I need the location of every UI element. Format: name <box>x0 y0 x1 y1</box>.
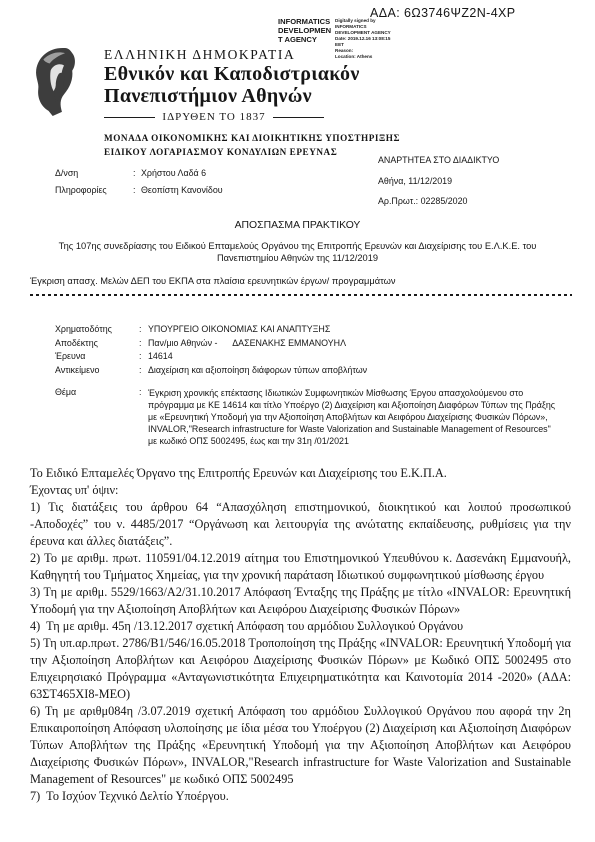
founded-dash-left <box>104 117 155 118</box>
detail-row-recipient: Αποδέκτης : Παν/μιο Αθηνών - ΔΑΣΕΝΑΚΗΣ Ε… <box>55 338 561 349</box>
excerpt-title: ΑΠΟΣΠΑΣΜΑ ΠΡΑΚΤΙΚΟΥ <box>0 220 595 231</box>
body-item: 3) Τη με αριθμ. 5529/1663/Α2/31.10.2017 … <box>30 584 571 618</box>
city-date: Αθήνα, 11/12/2019 <box>378 176 499 187</box>
address-value: Χρήστου Λαδά 6 <box>141 167 223 179</box>
info-separator: : <box>133 184 141 196</box>
university-name-line1: Εθνικόν και Καποδιστριακόν <box>104 63 400 85</box>
body-item: 2) Το με αριθμ. πρωτ. 110591/04.12.2019 … <box>30 550 571 584</box>
detail-row-project: Έρευνα : 14614 <box>55 351 561 362</box>
address-separator: : <box>133 167 141 179</box>
detail-label: Έρευνα <box>55 351 139 362</box>
address-label: Δ/νση <box>55 167 133 179</box>
founded-text: ΙΔΡΥΘΕΝ ΤΟ 1837 <box>162 111 265 123</box>
document-page: ΑΔΑ: 6Ω3746ΨΖ2Ν-4ΧΡ INFORMATICS DEVELOPM… <box>0 0 595 842</box>
info-value: Θεοπίστη Κανονίδου <box>141 184 223 196</box>
body-intro-considering: Έχοντας υπ' όψιν: <box>30 482 571 499</box>
founded-dash-right <box>273 117 324 118</box>
address-row: Δ/νση : Χρήστου Λαδά 6 <box>55 167 223 179</box>
session-description: Της 107ης συνεδρίασης του Ειδικού Επταμε… <box>40 241 555 265</box>
hellenic-republic-title: ΕΛΛΗΝΙΚΗ ΔΗΜΟΚΡΑΤΙΑ <box>104 47 400 63</box>
body-item: 5) Τη υπ.αρ.πρωτ. 2786/Β1/546/16.05.2018… <box>30 635 571 703</box>
body-item: 4) Τη με αριθμ. 45η /13.12.2017 σχετική … <box>30 618 571 635</box>
signature-agency-line: T AGENCY <box>278 36 330 45</box>
detail-label: Αποδέκτης <box>55 338 139 349</box>
detail-separator: : <box>139 387 148 447</box>
detail-label: Αντικείμενο <box>55 365 139 376</box>
detail-row-funder: Χρηματοδότης : ΥΠΟΥΡΓΕΙΟ ΟΙΚΟΝΟΜΙΑΣ ΚΑΙ … <box>55 324 561 335</box>
detail-separator: : <box>139 338 148 349</box>
info-row: Πληροφορίες : Θεοπίστη Κανονίδου <box>55 184 223 196</box>
university-name-line2: Πανεπιστήμιον Αθηνών <box>104 85 400 107</box>
contact-block: Δ/νση : Χρήστου Λαδά 6 Πληροφορίες : Θεο… <box>55 167 223 201</box>
detail-separator: : <box>139 365 148 376</box>
body-text: Το Ειδικό Επταμελές Όργανο της Επιτροπής… <box>30 465 571 805</box>
detail-separator: : <box>139 324 148 335</box>
meta-block: ΑΝΑΡΤΗΤΕΑ ΣΤΟ ΔΙΑΔΙΚΤΥΟ Αθήνα, 11/12/201… <box>378 155 499 207</box>
detail-label: Θέμα <box>55 387 139 447</box>
letterhead: ΕΛΛΗΝΙΚΗ ΔΗΜΟΚΡΑΤΙΑ Εθνικόν και Καποδιστ… <box>104 47 400 159</box>
body-item: 1) Τις διατάξεις του άρθρου 64 “Απασχόλη… <box>30 499 571 550</box>
protocol-number: Αρ.Πρωτ.: 02285/2020 <box>378 196 499 207</box>
founded-line: ΙΔΡΥΘΕΝ ΤΟ 1837 <box>104 111 324 123</box>
detail-value: 14614 <box>148 351 561 362</box>
body-item: 7) Το Ισχύον Τεχνικό Δελτίο Υποέργου. <box>30 788 571 805</box>
thema-value: Έγκριση χρονικής επέκτασης Ιδιωτικών Συμ… <box>148 387 561 447</box>
info-label: Πληροφορίες <box>55 184 133 196</box>
unit-name-line2: ΕΙΔΙΚΟΥ ΛΟΓΑΡΙΑΣΜΟΥ ΚΟΝΔΥΛΙΩΝ ΕΡΕΥΝΑΣ <box>104 146 400 160</box>
detail-value: Παν/μιο Αθηνών - ΔΑΣΕΝΑΚΗΣ ΕΜΜΑΝΟΥΗΛ <box>148 338 561 349</box>
subject-summary: Έγκριση απασχ. Μελών ΔΕΠ του ΕΚΠΑ στα πλ… <box>30 276 570 286</box>
web-posting-note: ΑΝΑΡΤΗΤΕΑ ΣΤΟ ΔΙΑΔΙΚΤΥΟ <box>378 155 499 166</box>
body-intro-organ: Το Ειδικό Επταμελές Όργανο της Επιτροπής… <box>30 465 571 482</box>
detail-separator: : <box>139 351 148 362</box>
detail-label: Χρηματοδότης <box>55 324 139 335</box>
detail-row-thema: Θέμα : Έγκριση χρονικής επέκτασης Ιδιωτι… <box>55 387 561 447</box>
body-item: 6) Τη με αριθμ084η /3.07.2019 σχετική Απ… <box>30 703 571 788</box>
details-table: Χρηματοδότης : ΥΠΟΥΡΓΕΙΟ ΟΙΚΟΝΟΜΙΑΣ ΚΑΙ … <box>55 324 561 449</box>
unit-name-line1: ΜΟΝΑΔΑ ΟΙΚΟΝΟΜΙΚΗΣ ΚΑΙ ΔΙΟΙΚΗΤΙΚΗΣ ΥΠΟΣΤ… <box>104 132 400 146</box>
university-logo-athena-icon <box>31 47 97 117</box>
dashed-divider <box>30 294 572 296</box>
unit-block: ΜΟΝΑΔΑ ΟΙΚΟΝΟΜΙΚΗΣ ΚΑΙ ΔΙΟΙΚΗΤΙΚΗΣ ΥΠΟΣΤ… <box>104 132 400 159</box>
detail-value: ΥΠΟΥΡΓΕΙΟ ΟΙΚΟΝΟΜΙΑΣ ΚΑΙ ΑΝΑΠΤΥΞΗΣ <box>148 324 561 335</box>
detail-value: Διαχείριση και αξιοποίηση διάφορων τύπων… <box>148 365 561 376</box>
detail-row-object: Αντικείμενο : Διαχείριση και αξιοποίηση … <box>55 365 561 376</box>
